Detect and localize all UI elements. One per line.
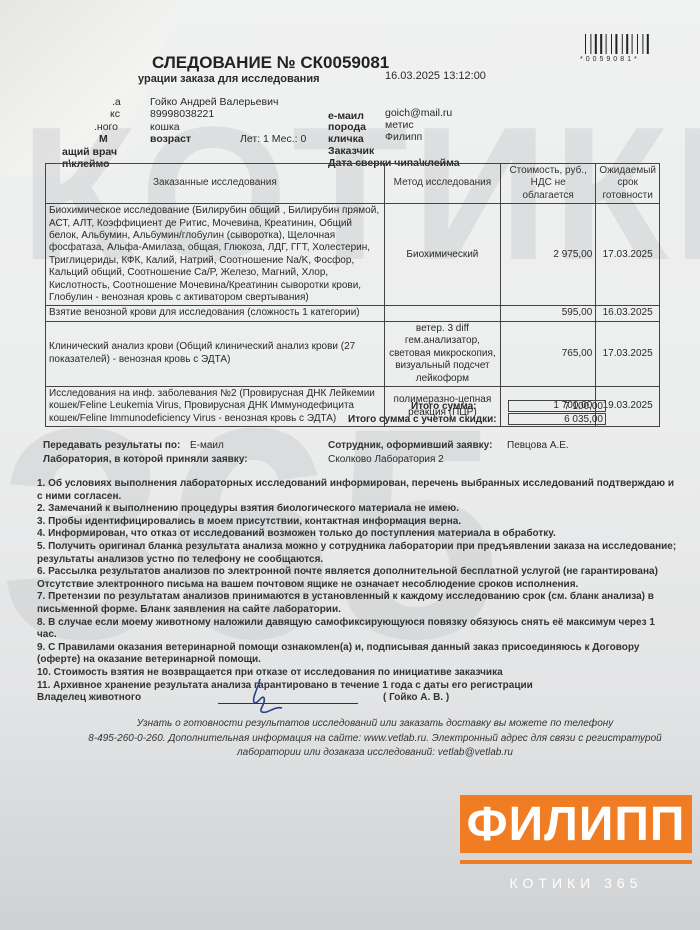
- logo-underline: [460, 860, 692, 864]
- term-item: 10. Стоимость взятия не возвращается при…: [37, 667, 677, 680]
- study-name: Клинический анализ крови (Общий клиничес…: [46, 321, 385, 386]
- send-results-label: Передавать результаты по:: [43, 440, 180, 451]
- breed-value: метис: [385, 119, 414, 131]
- lab-value: Сколково Лаборатория 2: [328, 454, 444, 465]
- table-header-row: Заказанные исследования Метод исследован…: [46, 164, 660, 204]
- employee-value: Певцова А.Е.: [507, 440, 569, 451]
- term-item: 3. Пробы идентифицировались в моем прису…: [37, 516, 677, 529]
- signature-line: [218, 703, 358, 704]
- email-value: goich@mail.ru: [385, 107, 452, 119]
- term-item: 7. Претензии по результатам анализов при…: [37, 591, 677, 616]
- study-cost: 2 975,00: [501, 204, 596, 306]
- term-item: 4. Информирован, что отказ от исследован…: [37, 528, 677, 541]
- study-ready-date: 17.03.2025: [596, 321, 660, 386]
- order-datetime: 16.03.2025 13:12:00: [385, 70, 486, 82]
- study-name: Исследования на инф. заболевания №2 (Про…: [46, 386, 385, 426]
- study-ready-date: 16.03.2025: [596, 306, 660, 321]
- species: кошка: [150, 121, 180, 133]
- logo-subtitle: КОТИКИ 365: [460, 875, 692, 891]
- discount-total-value: 6 035,00: [508, 413, 606, 425]
- study-method: [384, 306, 500, 321]
- total-label: Итого сумма:: [411, 401, 477, 412]
- barcode-number: *0059081*: [580, 56, 640, 63]
- label-fragment: М: [99, 133, 108, 145]
- age-label: возраст: [150, 133, 191, 145]
- table-row: Взятие венозной крови для исследования (…: [46, 306, 660, 321]
- contact-footer: Узнать о готовности результатов исследов…: [60, 717, 690, 761]
- study-cost: 765,00: [501, 321, 596, 386]
- handwritten-signature-icon: [248, 676, 288, 716]
- study-cost: 595,00: [501, 306, 596, 321]
- owner-name: Гойко Андрей Валерьевич: [150, 96, 278, 108]
- send-results-value: Е-маил: [190, 440, 224, 451]
- term-item: 1. Об условиях выполнения лабораторных и…: [37, 478, 677, 503]
- document-title: СЛЕДОВАНИЕ № СК0059081: [152, 53, 389, 73]
- term-item: 8. В случае если моему животному наложил…: [37, 617, 677, 642]
- label-fragment: .ного: [94, 121, 118, 133]
- owner-signature-name: ( Гойко А. В. ): [383, 692, 449, 703]
- lab-label: Лаборатория, в которой приняли заявку:: [43, 454, 248, 465]
- table-row: Биохимическое исследование (Билирубин об…: [46, 204, 660, 306]
- logo-title: ФИЛИПП: [460, 797, 692, 852]
- nickname-label: кличка: [328, 133, 364, 145]
- customer-label: Заказчик: [328, 145, 374, 157]
- footer-line: Узнать о готовности результатов исследов…: [60, 717, 690, 732]
- age-value: Лет: 1 Мес.: 0: [240, 133, 306, 145]
- col-header-ready: Ожидаемый срок готовности: [596, 164, 660, 204]
- col-header-cost: Стоимость, руб., НДС не облагается: [501, 164, 596, 204]
- breed-label: порода: [328, 121, 366, 133]
- total-value: 7 100,00: [508, 400, 606, 412]
- term-item: 5. Получить оригинал бланка результата а…: [37, 541, 677, 566]
- study-method: Биохимический: [384, 204, 500, 306]
- term-item: 6. Рассылка результатов анализов по элек…: [37, 566, 677, 591]
- label-fragment: .а: [112, 96, 121, 108]
- label-fragment: ащий врач: [62, 146, 117, 158]
- col-header-study: Заказанные исследования: [46, 164, 385, 204]
- term-item: 2. Замечаний к выполнению процедуры взят…: [37, 503, 677, 516]
- phone-number: 89998038221: [150, 108, 214, 120]
- lab-order-document: СЛЕДОВАНИЕ № СК0059081 урации заказа для…: [0, 0, 700, 930]
- study-ready-date: 17.03.2025: [596, 204, 660, 306]
- footer-line: 8-495-260-0-260. Дополнительная информац…: [60, 732, 690, 747]
- study-name: Биохимическое исследование (Билирубин об…: [46, 204, 385, 306]
- study-name: Взятие венозной крови для исследования (…: [46, 306, 385, 321]
- discount-total-label: Итого сумма с учетом скидки:: [348, 414, 497, 425]
- owner-signature-label: Владелец животного: [37, 692, 141, 703]
- term-item: 9. С Правилами оказания ветеринарной пом…: [37, 642, 677, 667]
- document-subtitle: урации заказа для исследования: [138, 73, 320, 85]
- col-header-method: Метод исследования: [384, 164, 500, 204]
- employee-label: Сотрудник, оформивший заявку:: [328, 440, 492, 451]
- terms-list: 1. Об условиях выполнения лабораторных и…: [37, 478, 677, 692]
- label-fragment: кс: [110, 108, 120, 120]
- term-item: 11. Архивное хранение результата анализа…: [37, 680, 677, 693]
- footer-line: лаборатории или дозаказа исследований: v…: [60, 746, 690, 761]
- study-method: ветер. 3 diff гем.анализатор, световая м…: [384, 321, 500, 386]
- table-row: Клинический анализ крови (Общий клиничес…: [46, 321, 660, 386]
- studies-table: Заказанные исследования Метод исследован…: [45, 163, 660, 427]
- nickname-value: Филипп: [385, 131, 422, 143]
